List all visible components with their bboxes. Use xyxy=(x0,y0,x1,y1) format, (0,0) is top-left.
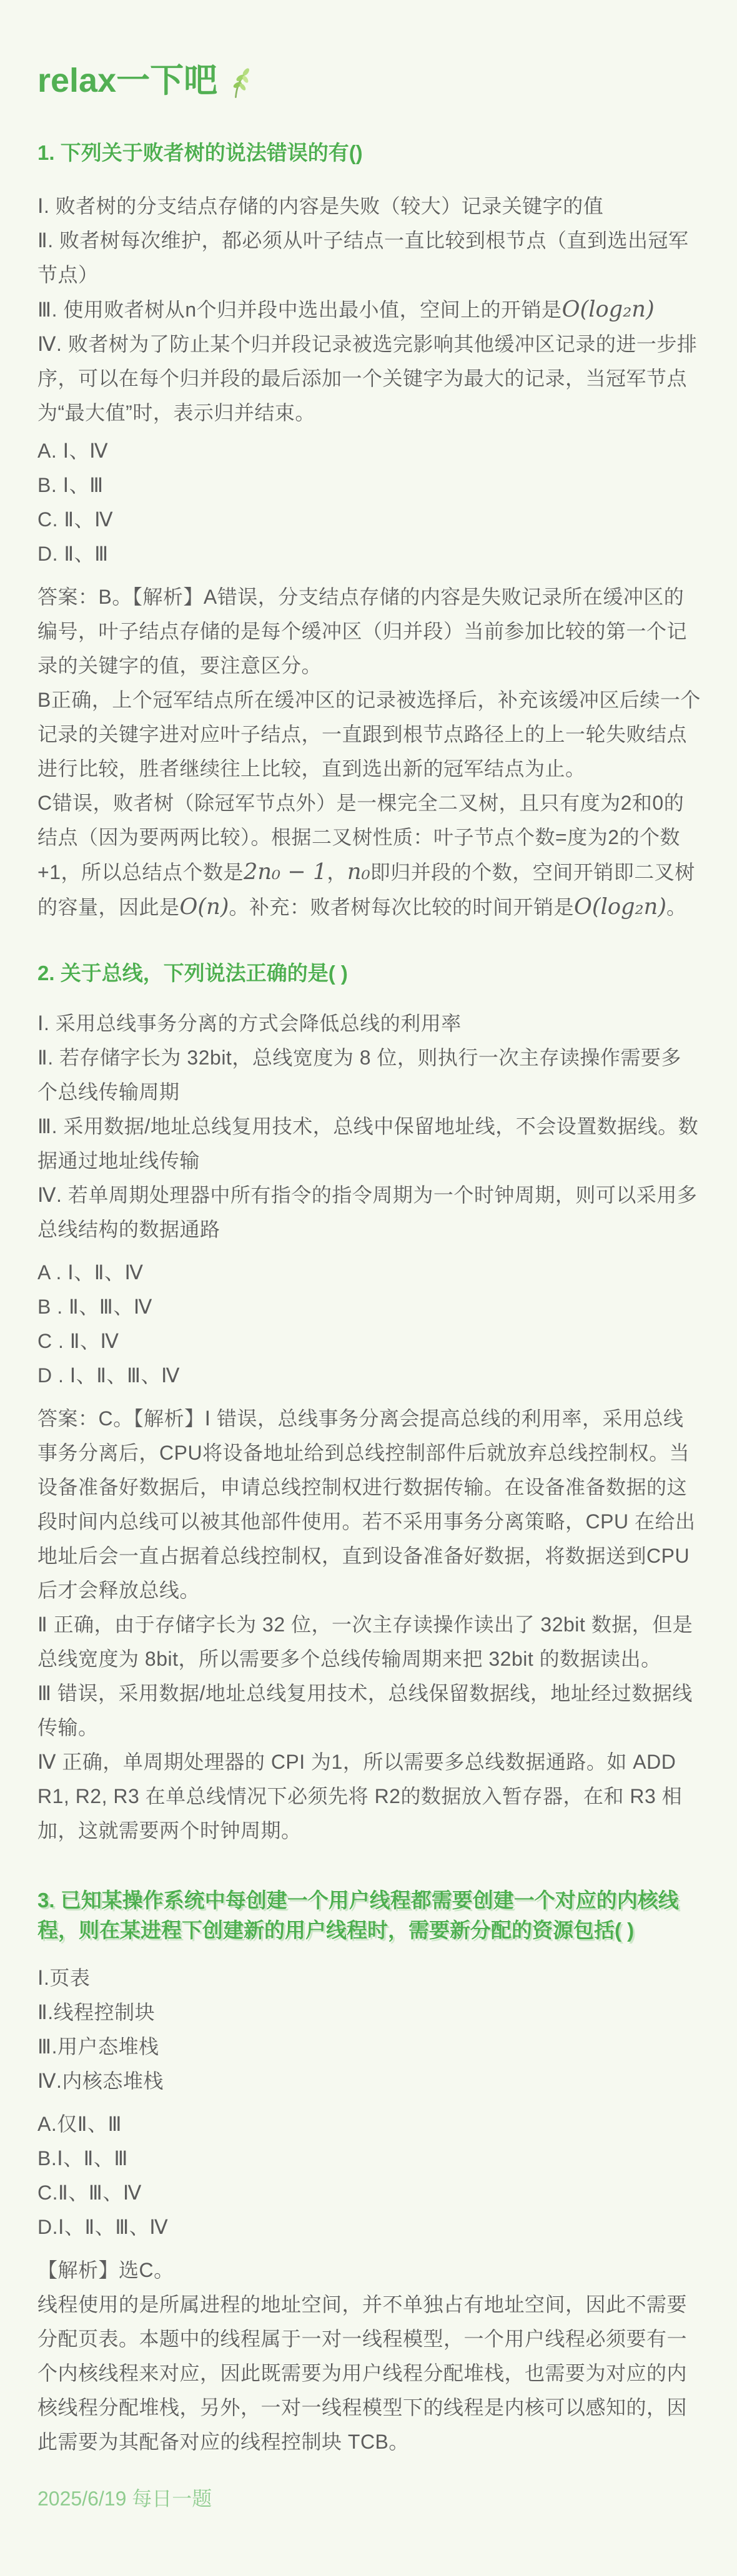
q1-statement-4: Ⅳ. 败者树为了防止某个归并段记录被选完影响其他缓冲区记录的进一步排序，可以在每… xyxy=(37,327,701,430)
question-1-statements: Ⅰ. 败者树的分支结点存储的内容是失败（较大）记录关键字的值 Ⅱ. 败者树每次维… xyxy=(37,189,701,430)
question-2-analysis: 答案：C。【解析】Ⅰ 错误，总线事务分离会提高总线的利用率，采用总线事务分离后，… xyxy=(37,1402,701,1848)
date-footer: 2025/6/19 每日一题 xyxy=(37,2482,701,2516)
question-1-options: A. Ⅰ、Ⅳ B. Ⅰ、Ⅲ C. Ⅱ、Ⅳ D. Ⅱ、Ⅲ xyxy=(37,434,701,571)
q3-statement-3: Ⅲ.用户态堆栈 xyxy=(37,2030,701,2064)
q2-statement-4: Ⅳ. 若单周期处理器中所有指令的指令周期为一个时钟周期，则可以采用多总线结构的数… xyxy=(37,1178,701,1247)
question-1-analysis: 答案：B。【解析】A错误，分支结点存储的内容是失败记录所在缓冲区的编号，叶子结点… xyxy=(37,580,701,925)
q2-analysis-p2: Ⅱ 正确，由于存储字长为 32 位，一次主存读操作读出了 32bit 数据，但是… xyxy=(37,1608,701,1676)
question-1-heading: 1. 下列关于败者树的说法错误的有() xyxy=(37,139,701,167)
q2-analysis-p1: 答案：C。【解析】Ⅰ 错误，总线事务分离会提高总线的利用率，采用总线事务分离后，… xyxy=(37,1402,701,1608)
math-big-o-log2: O(log₂n) xyxy=(574,894,666,920)
page-title-text: relax一下吧 xyxy=(37,57,217,104)
q1-option-a: A. Ⅰ、Ⅳ xyxy=(37,434,701,468)
q1-option-c: C. Ⅱ、Ⅳ xyxy=(37,503,701,537)
q1-analysis-p1: 答案：B。【解析】A错误，分支结点存储的内容是失败记录所在缓冲区的编号，叶子结点… xyxy=(37,580,701,683)
q1-option-b: B. Ⅰ、Ⅲ xyxy=(37,468,701,503)
q2-statement-2: Ⅱ. 若存储字长为 32bit，总线宽度为 8 位，则执行一次主存读操作需要多个… xyxy=(37,1041,701,1109)
q1-statement-2: Ⅱ. 败者树每次维护，都必须从叶子结点一直比较到根节点（直到选出冠军节点） xyxy=(37,224,701,292)
q1-analysis-p3: C错误，败者树（除冠军节点外）是一棵完全二叉树，且只有度为2和0的结点（因为要两… xyxy=(37,786,701,925)
q3-analysis-p2: 线程使用的是所属进程的地址空间，并不单独占有地址空间，因此不需要分配页表。本题中… xyxy=(37,2288,701,2459)
q2-option-c: C . Ⅱ、Ⅳ xyxy=(37,1324,701,1359)
q3-option-c: C.Ⅱ、Ⅲ、Ⅳ xyxy=(37,2176,701,2210)
q2-option-d: D . Ⅰ、Ⅱ、Ⅲ、Ⅳ xyxy=(37,1359,701,1393)
math-big-o-n: O(n) xyxy=(180,894,229,920)
question-2-statements: Ⅰ. 采用总线事务分离的方式会降低总线的利用率 Ⅱ. 若存储字长为 32bit，… xyxy=(37,1006,701,1247)
q2-analysis-p3: Ⅲ 错误，采用数据/地址总线复用技术，总线保留数据线，地址经过数据线传输。 xyxy=(37,1676,701,1745)
q2-statement-1: Ⅰ. 采用总线事务分离的方式会降低总线的利用率 xyxy=(37,1006,701,1041)
question-2-options: A . Ⅰ、Ⅱ、Ⅳ B . Ⅱ、Ⅲ、Ⅳ C . Ⅱ、Ⅳ D . Ⅰ、Ⅱ、Ⅲ、Ⅳ xyxy=(37,1256,701,1393)
q3-statement-4: Ⅳ.内核态堆栈 xyxy=(37,2064,701,2098)
q2-option-a: A . Ⅰ、Ⅱ、Ⅳ xyxy=(37,1256,701,1290)
math-big-o-log: O(log₂n) xyxy=(562,297,655,322)
q2-statement-3: Ⅲ. 采用数据/地址总线复用技术，总线中保留地址线，不会设置数据线。数据通过地址… xyxy=(37,1109,701,1178)
q3-option-a: A.仅Ⅱ、Ⅲ xyxy=(37,2107,701,2141)
q2-analysis-p4: Ⅳ 正确，单周期处理器的 CPI 为1，所以需要多总线数据通路。如 ADD R1… xyxy=(37,1745,701,1848)
q3-analysis-p1: 【解析】选C。 xyxy=(37,2253,701,2288)
question-2-heading: 2. 关于总线，下列说法正确的是( ) xyxy=(37,959,701,988)
q2-option-b: B . Ⅱ、Ⅲ、Ⅳ xyxy=(37,1290,701,1324)
question-3-heading: 3. 已知某操作系统中每创建一个用户线程都需要创建一个对应的内核线程，则在某进程… xyxy=(37,1885,701,1945)
q1-option-d: D. Ⅱ、Ⅲ xyxy=(37,537,701,571)
math-n0: n₀ xyxy=(347,859,370,885)
question-3-statements: Ⅰ.页表 Ⅱ.线程控制块 Ⅲ.用户态堆栈 Ⅳ.内核态堆栈 xyxy=(37,1961,701,2098)
question-3-analysis: 【解析】选C。 线程使用的是所属进程的地址空间，并不单独占有地址空间，因此不需要… xyxy=(37,2253,701,2459)
herb-icon xyxy=(220,66,254,99)
q3-option-d: D.Ⅰ、Ⅱ、Ⅲ、Ⅳ xyxy=(37,2210,701,2244)
article: relax一下吧 1. 下列关于败者树的说法错误的有() Ⅰ. 败者树的分支结点… xyxy=(0,0,737,2576)
question-3-options: A.仅Ⅱ、Ⅲ B.Ⅰ、Ⅱ、Ⅲ C.Ⅱ、Ⅲ、Ⅳ D.Ⅰ、Ⅱ、Ⅲ、Ⅳ xyxy=(37,2107,701,2244)
page-title: relax一下吧 xyxy=(37,57,701,104)
q1-statement-1: Ⅰ. 败者树的分支结点存储的内容是失败（较大）记录关键字的值 xyxy=(37,189,701,224)
math-node-count: 2n₀ − 1 xyxy=(244,859,327,885)
q3-option-b: B.Ⅰ、Ⅱ、Ⅲ xyxy=(37,2141,701,2176)
q3-statement-2: Ⅱ.线程控制块 xyxy=(37,1995,701,2030)
q3-statement-1: Ⅰ.页表 xyxy=(37,1961,701,1995)
q1-analysis-p2: B正确，上个冠军结点所在缓冲区的记录被选择后，补充该缓冲区后续一个记录的关键字进… xyxy=(37,683,701,786)
q1-statement-3: Ⅲ. 使用败者树从n个归并段中选出最小值，空间上的开销是O(log₂n) xyxy=(37,292,701,327)
